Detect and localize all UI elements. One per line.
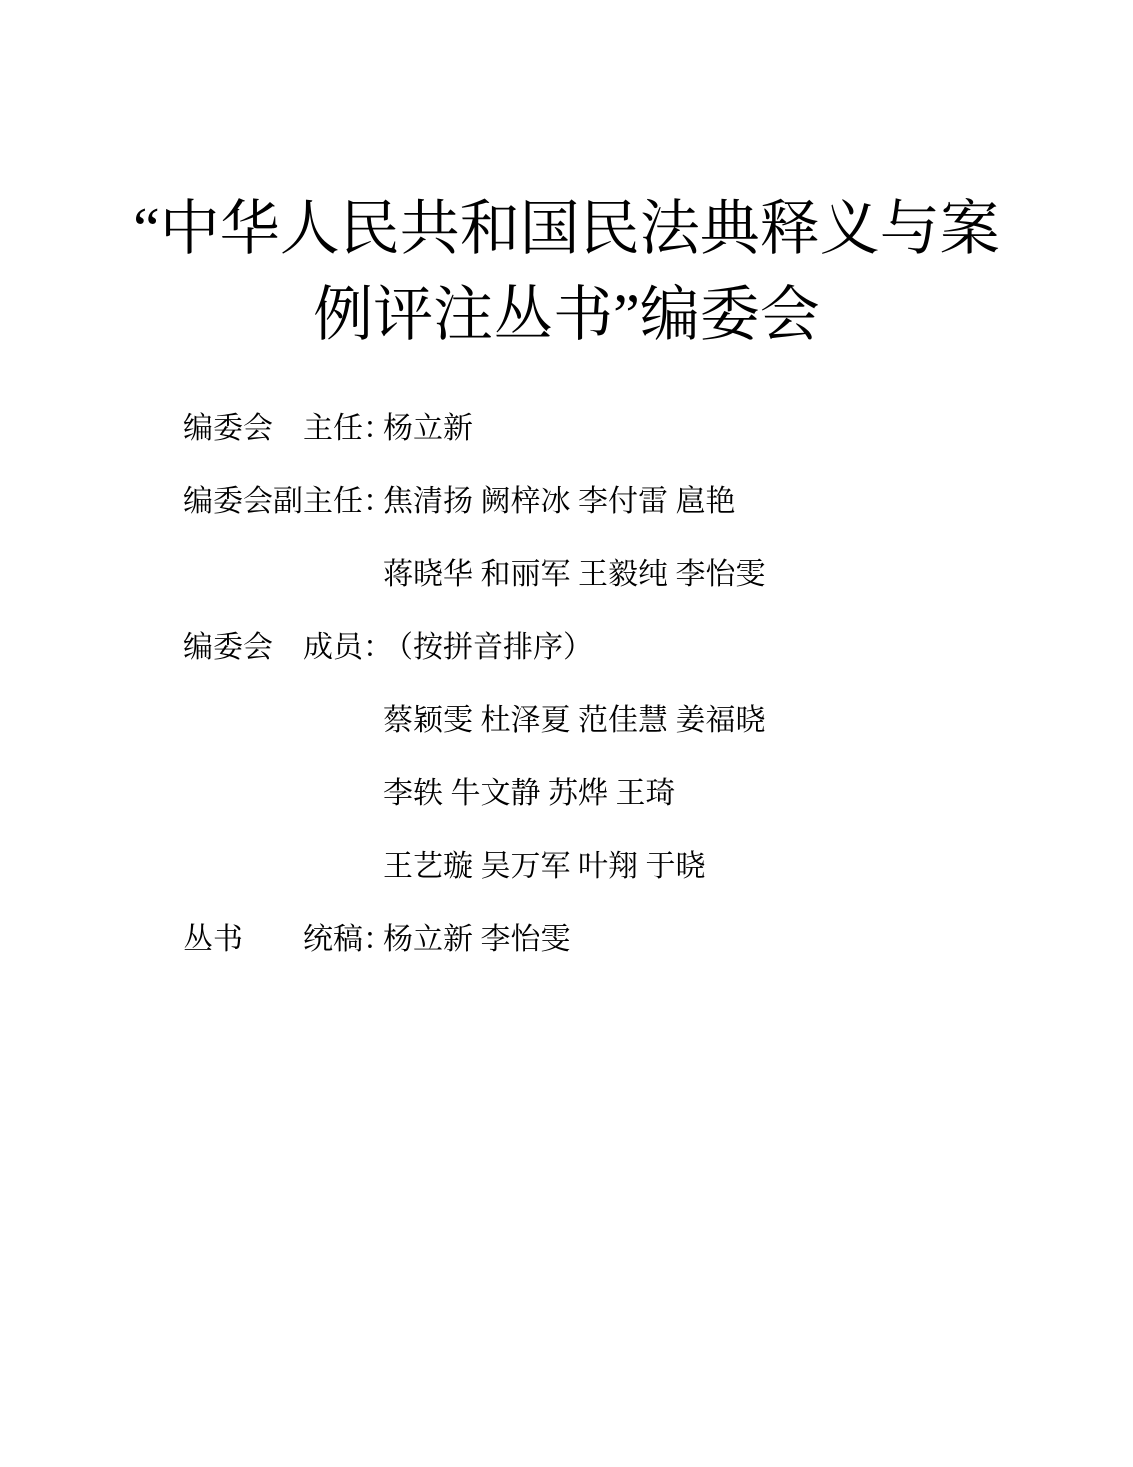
title-line-2: 例评注丛书”编委会 [0,272,1133,358]
document-title: “中华人民共和国民法典释义与案 例评注丛书”编委会 [0,186,1133,358]
entry-names: （按拼音排序） [383,632,593,663]
committee-entry-series-editors: 丛书 统稿： 杨立新 李怡雯 [183,924,766,955]
committee-entry-deputy-directors-cont: 蒋晓华 和丽军 王毅纯 李怡雯 [183,559,766,590]
entry-names: 杨立新 [383,413,473,444]
committee-entry-members-line-2: 李轶 牛文静 苏烨 王琦 [183,778,766,809]
document-page: “中华人民共和国民法典释义与案 例评注丛书”编委会 编委会 主任： 杨立新 编委… [0,0,1133,1467]
entry-names: 焦清扬 阙梓冰 李付雷 扈艳 [383,486,736,517]
entry-role-label: 编委会 主任： [183,413,383,444]
entry-names: 李轶 牛文静 苏烨 王琦 [383,778,676,809]
entry-names: 王艺璇 吴万军 叶翔 于晓 [383,851,706,882]
committee-list: 编委会 主任： 杨立新 编委会副主任： 焦清扬 阙梓冰 李付雷 扈艳 蒋晓华 和… [183,413,766,997]
entry-role-label: 编委会副主任： [183,486,383,517]
committee-entry-director: 编委会 主任： 杨立新 [183,413,766,444]
committee-entry-members-header: 编委会 成员： （按拼音排序） [183,632,766,663]
committee-entry-deputy-directors: 编委会副主任： 焦清扬 阙梓冰 李付雷 扈艳 [183,486,766,517]
entry-role-label: 丛书 统稿： [183,924,383,955]
committee-entry-members-line-3: 王艺璇 吴万军 叶翔 于晓 [183,851,766,882]
entry-role-label: 编委会 成员： [183,632,383,663]
entry-names: 杨立新 李怡雯 [383,924,571,955]
committee-entry-members-line-1: 蔡颖雯 杜泽夏 范佳慧 姜福晓 [183,705,766,736]
entry-names: 蒋晓华 和丽军 王毅纯 李怡雯 [383,559,766,590]
entry-names: 蔡颖雯 杜泽夏 范佳慧 姜福晓 [383,705,766,736]
title-line-1: “中华人民共和国民法典释义与案 [0,186,1133,272]
